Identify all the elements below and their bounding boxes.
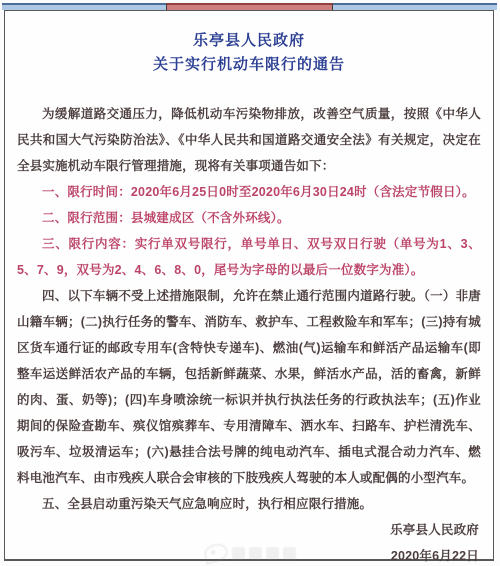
watermark-glyph <box>266 547 279 560</box>
notice-body: 为缓解道路交通压力，降低机动车污染物排放，改善空气质量，按照《中华人民共和国大气… <box>17 101 481 566</box>
notice-sheet: 乐亭县人民政府 关于实行机动车限行的通告 为缓解道路交通压力，降低机动车污染物排… <box>4 10 494 561</box>
item-restriction-area: 二、限行范围：县城建成区（不含外环线）。 <box>17 205 481 231</box>
bar-segment-right <box>333 3 497 10</box>
bar-segment-left <box>2 3 166 10</box>
watermark-glyph <box>249 547 262 560</box>
issuing-org-title: 乐亭县人民政府 <box>17 29 481 53</box>
notice-image: 乐亭县人民政府 关于实行机动车限行的通告 为缓解道路交通压力，降低机动车污染物排… <box>0 0 500 566</box>
intro-paragraph: 为缓解道路交通压力，降低机动车污染物排放，改善空气质量，按照《中华人民共和国大气… <box>17 101 481 179</box>
bar-segment-middle <box>166 3 332 10</box>
item-exempt-vehicles: 四、以下车辆不受上述措施限制，允许在禁止通行范围内道路行驶。（一）非唐山籍车辆；… <box>17 283 481 491</box>
item-restriction-content: 三、限行内容：实行单双号限行，单号单日、双号双日行驶（单号为1、3、5、7、9，… <box>17 231 481 283</box>
item-restriction-time: 一、限行时间：2020年6月25日0时至2020年6月30日24时（含法定节假日… <box>17 179 481 205</box>
weibo-watermark <box>204 544 296 562</box>
watermark-glyph <box>232 547 245 560</box>
watermark-glyph <box>283 547 296 560</box>
top-border-bar <box>2 3 497 10</box>
item-emergency-response: 五、全县启动重污染天气应急响应时，执行相应限行措施。 <box>17 491 481 517</box>
weibo-eye-icon <box>202 541 230 565</box>
notice-title: 关于实行机动车限行的通告 <box>17 53 481 77</box>
signature-org: 乐亭县人民政府 <box>17 517 481 543</box>
